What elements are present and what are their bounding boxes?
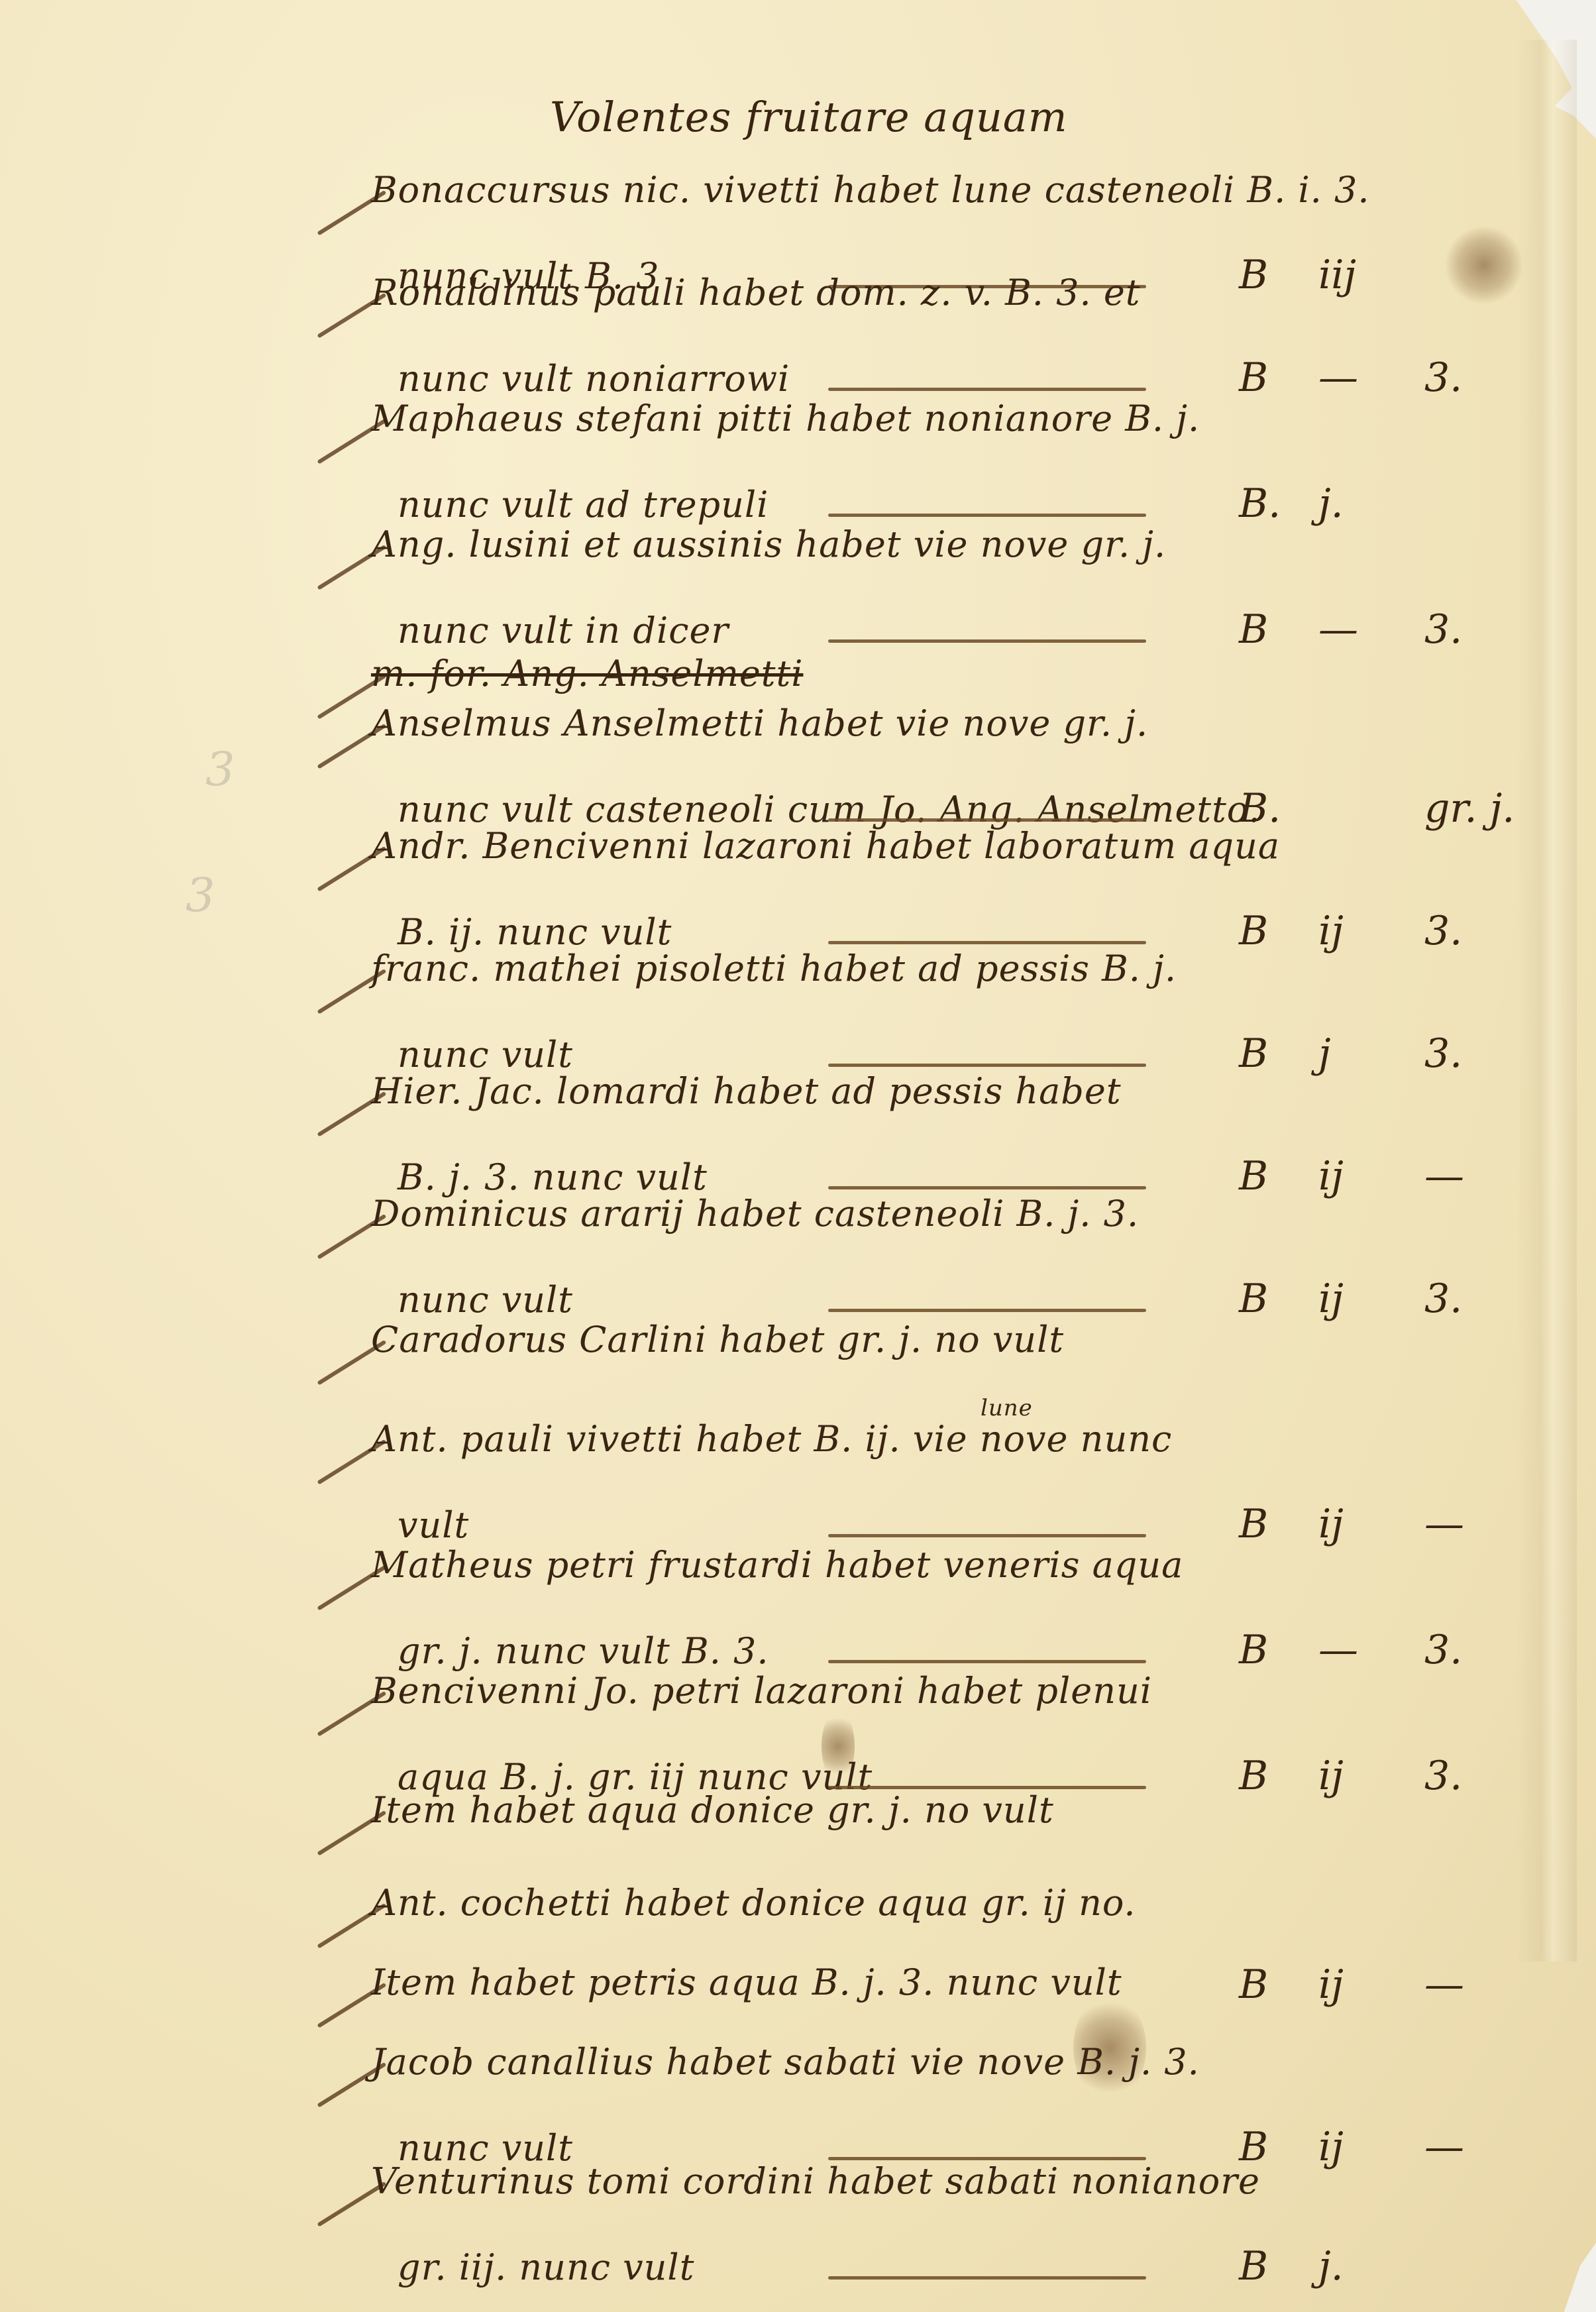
amount-fraction: — — [1424, 1961, 1464, 2008]
entry-line-2: vult — [398, 1504, 469, 1546]
amount-value: — — [1318, 606, 1358, 653]
entry-superscript: lune — [981, 1395, 1033, 1421]
entry-line-2: gr. j. nunc vult B. 3. — [398, 1630, 769, 1672]
amount-unit: B — [1239, 1276, 1268, 1322]
amount-value: j — [1318, 1030, 1331, 1077]
amount-fraction: — — [1424, 1153, 1464, 1199]
amount-value: ij — [1318, 2124, 1344, 2170]
filler-line — [828, 818, 1146, 822]
amount-unit: B — [1239, 355, 1268, 401]
amount-unit: B — [1239, 1153, 1268, 1199]
filler-line — [828, 941, 1146, 944]
amount-fraction: 3. — [1424, 606, 1462, 653]
entry-line-1: Item habet petris aqua B. j. 3. nunc vul… — [371, 1961, 1122, 2003]
amount-unit: B — [1239, 1501, 1268, 1547]
amount-value: iij — [1318, 252, 1356, 298]
amount-unit: B — [1239, 606, 1268, 653]
filler-line — [828, 2276, 1146, 2280]
ghost-mark: 3 — [186, 868, 215, 922]
amount-fraction: — — [1424, 1501, 1464, 1547]
entry-line-1: Andr. Bencivenni lazaroni habet laboratu… — [371, 825, 1280, 867]
amount-fraction: 3. — [1424, 1030, 1462, 1077]
filler-line — [828, 1186, 1146, 1189]
amount-unit: B — [1239, 1030, 1268, 1077]
entry-line-1: Dominicus ararij habet casteneoli B. j. … — [371, 1193, 1139, 1235]
amount-value: ij — [1318, 1153, 1344, 1199]
amount-value: ij — [1318, 1276, 1344, 1322]
entry-line-2: nunc vult — [398, 1034, 573, 1075]
amount-value: ij — [1318, 1501, 1344, 1547]
amount-unit: B — [1239, 252, 1268, 298]
entry-line-2: B. ij. nunc vult — [398, 911, 672, 953]
filler-line — [828, 1309, 1146, 1312]
ghost-mark: 3 — [205, 742, 235, 797]
filler-line — [828, 639, 1146, 643]
amount-value: ij — [1318, 1753, 1344, 1799]
amount-fraction: 3. — [1424, 908, 1462, 954]
amount-unit: B. — [1239, 480, 1281, 527]
entry-line-1: Matheus petri frustardi habet veneris aq… — [371, 1544, 1183, 1586]
amount-value: j. — [1318, 480, 1344, 527]
amount-fraction: gr. j. — [1424, 785, 1515, 832]
amount-unit: B — [1239, 1961, 1268, 2008]
entry-line-1: Anselmus Anselmetti habet vie nove gr. j… — [371, 702, 1148, 744]
entry-line-2: nunc vult noniarrowi — [398, 358, 790, 400]
entry-line-2: nunc vult casteneoli cum Jo. Ang. Anselm… — [398, 789, 1261, 830]
entry-line-2: gr. iij. nunc vult — [398, 2246, 694, 2288]
amount-value: — — [1318, 1627, 1358, 1673]
entry-line-2: nunc vult in dicer — [398, 610, 729, 651]
amount-fraction: 3. — [1424, 1627, 1462, 1673]
amount-fraction: 3. — [1424, 1276, 1462, 1322]
entry-line-1: Bencivenni Jo. petri lazaroni habet plen… — [371, 1670, 1152, 1712]
amount-fraction: 3. — [1424, 1753, 1462, 1799]
entry-line-1: Ant. cochetti habet donice aqua gr. ij n… — [371, 1882, 1136, 1924]
entry-line-1: Ang. lusini et aussinis habet vie nove g… — [371, 523, 1166, 565]
entry-line-1: m. for. Ang. Anselmetti — [371, 653, 803, 694]
entry-line-1: Maphaeus stefani pitti habet nonianore B… — [371, 398, 1200, 439]
entry-line-1: Hier. Jac. lomardi habet ad pessis habet — [371, 1070, 1122, 1112]
entry-line-1: Ant. pauli vivetti habet B. ij. vie nove… — [371, 1418, 1172, 1460]
entry-line-1: Ronaldinus pauli habet dom. z. v. B. 3. … — [371, 272, 1140, 313]
amount-value: ij — [1318, 1961, 1344, 2008]
filler-line — [828, 514, 1146, 517]
entry-line-1: Bonaccursus nic. vivetti habet lune cast… — [371, 169, 1370, 211]
amount-fraction: — — [1424, 2124, 1464, 2170]
amount-value: j. — [1318, 2243, 1344, 2289]
amount-value: — — [1318, 355, 1358, 401]
entry-line-1: Caradorus Carlini habet gr. j. no vult — [371, 1319, 1064, 1360]
entry-line-1: Item habet aqua donice gr. j. no vult — [371, 1789, 1054, 1831]
entry-line-2: nunc vult ad trepuli — [398, 484, 769, 525]
ink-stain — [1444, 225, 1524, 305]
entry-line-1: franc. mathei pisoletti habet ad pessis … — [371, 948, 1177, 989]
filler-line — [828, 1064, 1146, 1067]
amount-unit: B — [1239, 2243, 1268, 2289]
paper-fold — [1517, 40, 1577, 1961]
page-title: Volentes fruitare aquam — [550, 93, 1068, 141]
filler-line — [828, 388, 1146, 391]
amount-value: ij — [1318, 908, 1344, 954]
entry-line-2: nunc vult — [398, 1279, 573, 1321]
amount-fraction: 3. — [1424, 355, 1462, 401]
entry-line-1: Jacob canallius habet sabati vie nove B.… — [371, 2041, 1200, 2083]
filler-line — [828, 1534, 1146, 1537]
entry-line-1: Venturinus tomi cordini habet sabati non… — [371, 2160, 1260, 2202]
amount-unit: B — [1239, 1753, 1268, 1799]
amount-unit: B — [1239, 908, 1268, 954]
filler-line — [828, 1660, 1146, 1663]
amount-unit: B — [1239, 1627, 1268, 1673]
entry-line-2: B. j. 3. nunc vult — [398, 1156, 708, 1198]
